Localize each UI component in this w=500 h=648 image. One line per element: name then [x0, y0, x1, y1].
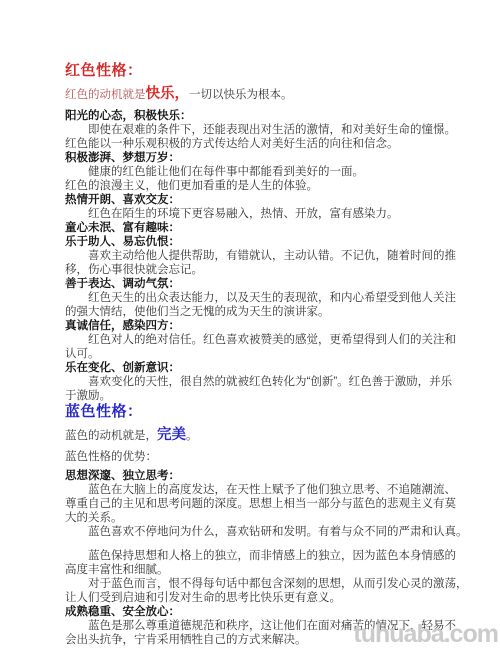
text-line: 对于蓝色而言，恨不得每句话中都包含深刻的思想，从而引发心灵的激荡，: [65, 577, 460, 591]
text-line: 于激励。: [65, 389, 460, 403]
text-line: 喜欢变化的天性，很自然的就被红色转化为“创新”。红色善于激励，并乐: [65, 375, 460, 389]
text-line: 热情开朗、喜欢交友：: [65, 193, 460, 207]
text-line: 移，伤心事很快就会忘记。: [65, 263, 460, 277]
text-line: 红色的浪漫主义，他们更加看重的是人生的体验。: [65, 179, 460, 193]
text-line: 即使在艰难的条件下，还能表现出对生活的激情，和对美好生命的憧憬。: [65, 123, 460, 137]
red-keyword: 快乐，: [146, 86, 190, 102]
text-line: 乐在变化、创新意识：: [65, 361, 460, 375]
red-intro-line: 红色的动机就是快乐，一切以快乐为根本。: [65, 87, 460, 102]
blue-intro-prefix: 蓝色的动机就是，: [65, 430, 157, 442]
blue-keyword: 完美: [157, 427, 186, 443]
text-line: 积极澎湃、梦想万岁：: [65, 151, 460, 165]
text-line: 喜欢主动给他人提供帮助，有错就认，主动认错。不记仇，随着时间的推: [65, 249, 460, 263]
document-page: 红色性格： 红色的动机就是快乐，一切以快乐为根本。 阳光的心态，积极快乐： 即使…: [0, 0, 500, 648]
text-line: 蓝色喜欢不停地问为什么，喜欢钻研和发明。有着与众不同的严肃和认真。: [65, 525, 460, 539]
text-line: 健康的红色能让他们在每件事中都能看到美好的一面。: [65, 165, 460, 179]
text-line: 红色在陌生的环境下更容易融入，热情、开放，富有感染力。: [65, 207, 460, 221]
watermark: tuhuaba.com: [353, 621, 498, 647]
text-line: 童心未泯、富有趣味：: [65, 221, 460, 235]
text-line: 蓝色在大脑上的高度发达，在天性上赋予了他们独立思考、不追随潮流、: [65, 483, 460, 497]
text-line: 蓝色保持思想和人格上的独立，而非情感上的独立，因为蓝色本身情感的: [65, 549, 460, 563]
text-line: 乐于助人、易忘仇恨：: [65, 235, 460, 249]
text-line: 红色能以一种乐观积极的方式传达给人对美好生活的向往和信念。: [65, 137, 460, 151]
red-section-title: 红色性格：: [65, 62, 460, 80]
text-line: 让人们受到启迪和引发对生命的思考比快乐更有意义。: [65, 591, 460, 605]
blue-section-title: 蓝色性格：: [65, 403, 460, 421]
text-line: 思想深邃、独立思考：: [65, 469, 460, 483]
text-line: 真诚信任，感染四方：: [65, 319, 460, 333]
text-line: 成熟稳重、安全放心：: [65, 605, 460, 619]
text-line: 认可。: [65, 347, 460, 361]
text-line: 红色对人的绝对信任。红色喜欢被赞美的感觉，更希望得到人们的关注和: [65, 333, 460, 347]
blue-intro-rest: 。: [186, 430, 198, 442]
text-line: 尊重自己的主见和思考问题的深度。思想上相当一部分与蓝色的悲观主义有莫: [65, 497, 460, 511]
text-line: 的强大情结，使他们当之无愧的成为天生的演讲家。: [65, 305, 460, 319]
text-line: 红色天生的出众表达能力，以及天生的表现欲，和内心希望受到他人关注: [65, 291, 460, 305]
blue-intro-line: 蓝色的动机就是，完美。: [65, 428, 460, 443]
text-line: 阳光的心态，积极快乐：: [65, 109, 460, 123]
red-intro-rest: 一切以快乐为根本。: [189, 89, 293, 101]
red-intro-prefix: 红色的动机就是: [65, 89, 146, 101]
text-line: 高度丰富性和细腻。: [65, 563, 460, 577]
blue-section-subtitle: 蓝色性格的优势：: [65, 450, 460, 464]
text-line: 大的关系。: [65, 511, 460, 525]
text-line: 善于表达、调动气氛：: [65, 277, 460, 291]
